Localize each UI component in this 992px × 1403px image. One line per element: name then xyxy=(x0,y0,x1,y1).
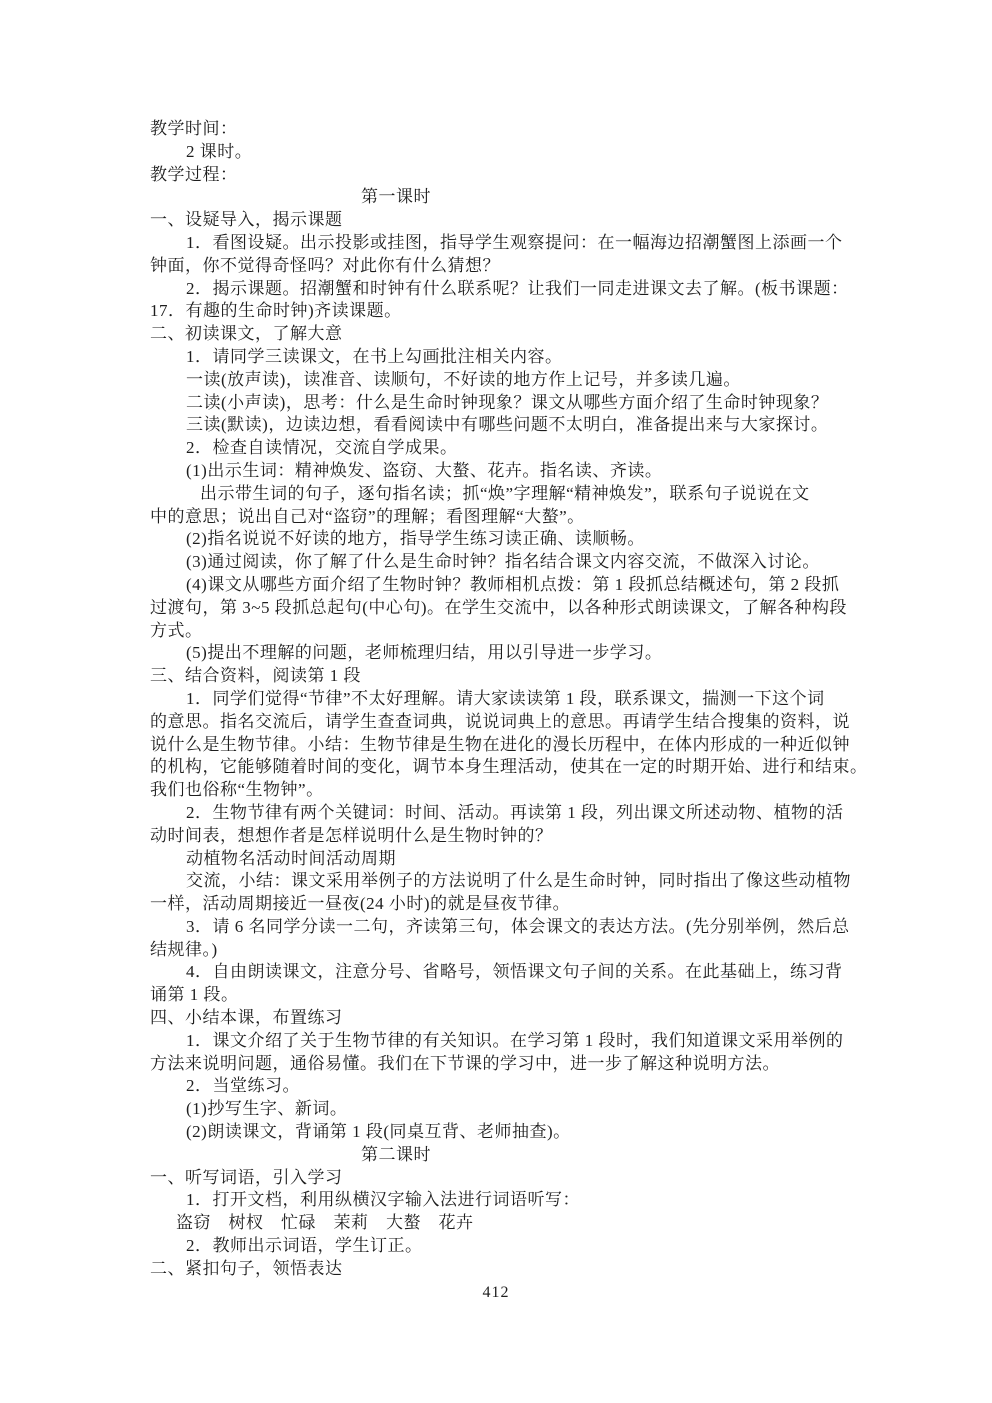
text-line: 交流，小结：课文采用举例子的方法说明了什么是生命时钟，同时指出了像这些动植物 xyxy=(150,870,862,893)
text-line: 教学过程： xyxy=(150,164,862,187)
text-line: 2 课时。 xyxy=(150,141,862,164)
text-line: 2．当堂练习。 xyxy=(150,1075,862,1098)
text-line: (5)提出不理解的问题，老师梳理归结，用以引导进一步学习。 xyxy=(150,642,862,665)
text-line: 二、紧扣句子，领悟表达 xyxy=(150,1258,862,1281)
text-line: (4)课文从哪些方面介绍了生物时钟？教师相机点拨：第 1 段抓总结概述句，第 2… xyxy=(150,574,862,597)
text-line: 3．请 6 名同学分读一二句，齐读第三句，体会课文的表达方法。(先分别举例，然后… xyxy=(150,916,862,939)
text-line: 一样，活动周期接近一昼夜(24 小时)的就是昼夜节律。 xyxy=(150,893,862,916)
text-line: 中的意思；说出自己对“盗窃”的理解；看图理解“大螯”。 xyxy=(150,506,862,529)
text-line: 1．同学们觉得“节律”不太好理解。请大家读读第 1 段，联系课文，揣测一下这个词 xyxy=(150,688,862,711)
text-line: 出示带生词的句子，逐句指名读；抓“焕”字理解“精神焕发”，联系句子说说在文 xyxy=(150,483,862,506)
text-line: 一、设疑导入，揭示课题 xyxy=(150,209,862,232)
text-line: 结规律。) xyxy=(150,939,862,962)
text-line: 一读(放声读)，读准音、读顺句，不好读的地方作上记号，并多读几遍。 xyxy=(150,369,862,392)
text-line: 三、结合资料，阅读第 1 段 xyxy=(150,665,862,688)
text-line: 过渡句，第 3~5 段抓总起句(中心句)。在学生交流中，以各种形式朗读课文，了解… xyxy=(150,597,862,620)
text-line: 方法来说明问题，通俗易懂。我们在下节课的学习中，进一步了解这种说明方法。 xyxy=(150,1053,862,1076)
text-line: (2)朗读课文，背诵第 1 段(同桌互背、老师抽查)。 xyxy=(150,1121,862,1144)
text-line: (1)出示生词：精神焕发、盗窃、大螯、花卉。指名读、齐读。 xyxy=(150,460,862,483)
text-line: 1．请同学三读课文，在书上勾画批注相关内容。 xyxy=(150,346,862,369)
text-line: 4．自由朗读课文，注意分号、省略号，领悟课文句子间的关系。在此基础上，练习背 xyxy=(150,961,862,984)
text-line: 四、小结本课，布置练习 xyxy=(150,1007,862,1030)
document-page: 教学时间：2 课时。教学过程：第一课时一、设疑导入，揭示课题1．看图设疑。出示投… xyxy=(0,0,992,1403)
text-line: (2)指名说说不好读的地方，指导学生练习读正确、读顺畅。 xyxy=(150,528,862,551)
text-line: 诵第 1 段。 xyxy=(150,984,862,1007)
text-line: 1．课文介绍了关于生物节律的有关知识。在学习第 1 段时，我们知道课文采用举例的 xyxy=(150,1030,862,1053)
text-line: 1．打开文档，利用纵横汉字输入法进行词语听写： xyxy=(150,1189,862,1212)
text-line: 一、听写词语，引入学习 xyxy=(150,1167,862,1190)
text-line: 我们也俗称“生物钟”。 xyxy=(150,779,862,802)
text-line: 二、初读课文，了解大意 xyxy=(150,323,862,346)
text-line: 钟面，你不觉得奇怪吗？对此你有什么猜想？ xyxy=(150,255,862,278)
text-line: (3)通过阅读，你了解了什么是生命时钟？指名结合课文内容交流，不做深入讨论。 xyxy=(150,551,862,574)
text-line: 说什么是生物节律。小结：生物节律是生物在进化的漫长历程中，在体内形成的一种近似钟 xyxy=(150,734,862,757)
text-line: 三读(默读)，边读边想，看看阅读中有哪些问题不太明白，准备提出来与大家探讨。 xyxy=(150,414,862,437)
text-line: 动时间表，想想作者是怎样说明什么是生物时钟的？ xyxy=(150,825,862,848)
text-line: 的意思。指名交流后，请学生查查词典，说说词典上的意思。再请学生结合搜集的资料，说 xyxy=(150,711,862,734)
text-line: 2．揭示课题。招潮蟹和时钟有什么联系呢？让我们一同走进课文去了解。(板书课题： xyxy=(150,278,862,301)
section-heading: 第二课时 xyxy=(150,1144,862,1167)
text-line: 盗窃 树杈 忙碌 茉莉 大螯 花卉 xyxy=(150,1212,862,1235)
text-line: 1．看图设疑。出示投影或挂图，指导学生观察提问：在一幅海边招潮蟹图上添画一个 xyxy=(150,232,862,255)
text-line: 方式。 xyxy=(150,620,862,643)
page-number: 412 xyxy=(0,1284,992,1302)
text-line: (1)抄写生字、新词。 xyxy=(150,1098,862,1121)
document-body: 教学时间：2 课时。教学过程：第一课时一、设疑导入，揭示课题1．看图设疑。出示投… xyxy=(150,118,862,1281)
section-heading: 第一课时 xyxy=(150,186,862,209)
text-line: 动植物名活动时间活动周期 xyxy=(150,848,862,871)
text-line: 17．有趣的生命时钟)齐读课题。 xyxy=(150,300,862,323)
text-line: 的机构，它能够随着时间的变化，调节本身生理活动，使其在一定的时期开始、进行和结束… xyxy=(150,756,862,779)
text-line: 二读(小声读)，思考：什么是生命时钟现象？课文从哪些方面介绍了生命时钟现象？ xyxy=(150,392,862,415)
text-line: 2．生物节律有两个关键词：时间、活动。再读第 1 段，列出课文所述动物、植物的活 xyxy=(150,802,862,825)
text-line: 教学时间： xyxy=(150,118,862,141)
text-line: 2．检查自读情况，交流自学成果。 xyxy=(150,437,862,460)
text-line: 2．教师出示词语，学生订正。 xyxy=(150,1235,862,1258)
